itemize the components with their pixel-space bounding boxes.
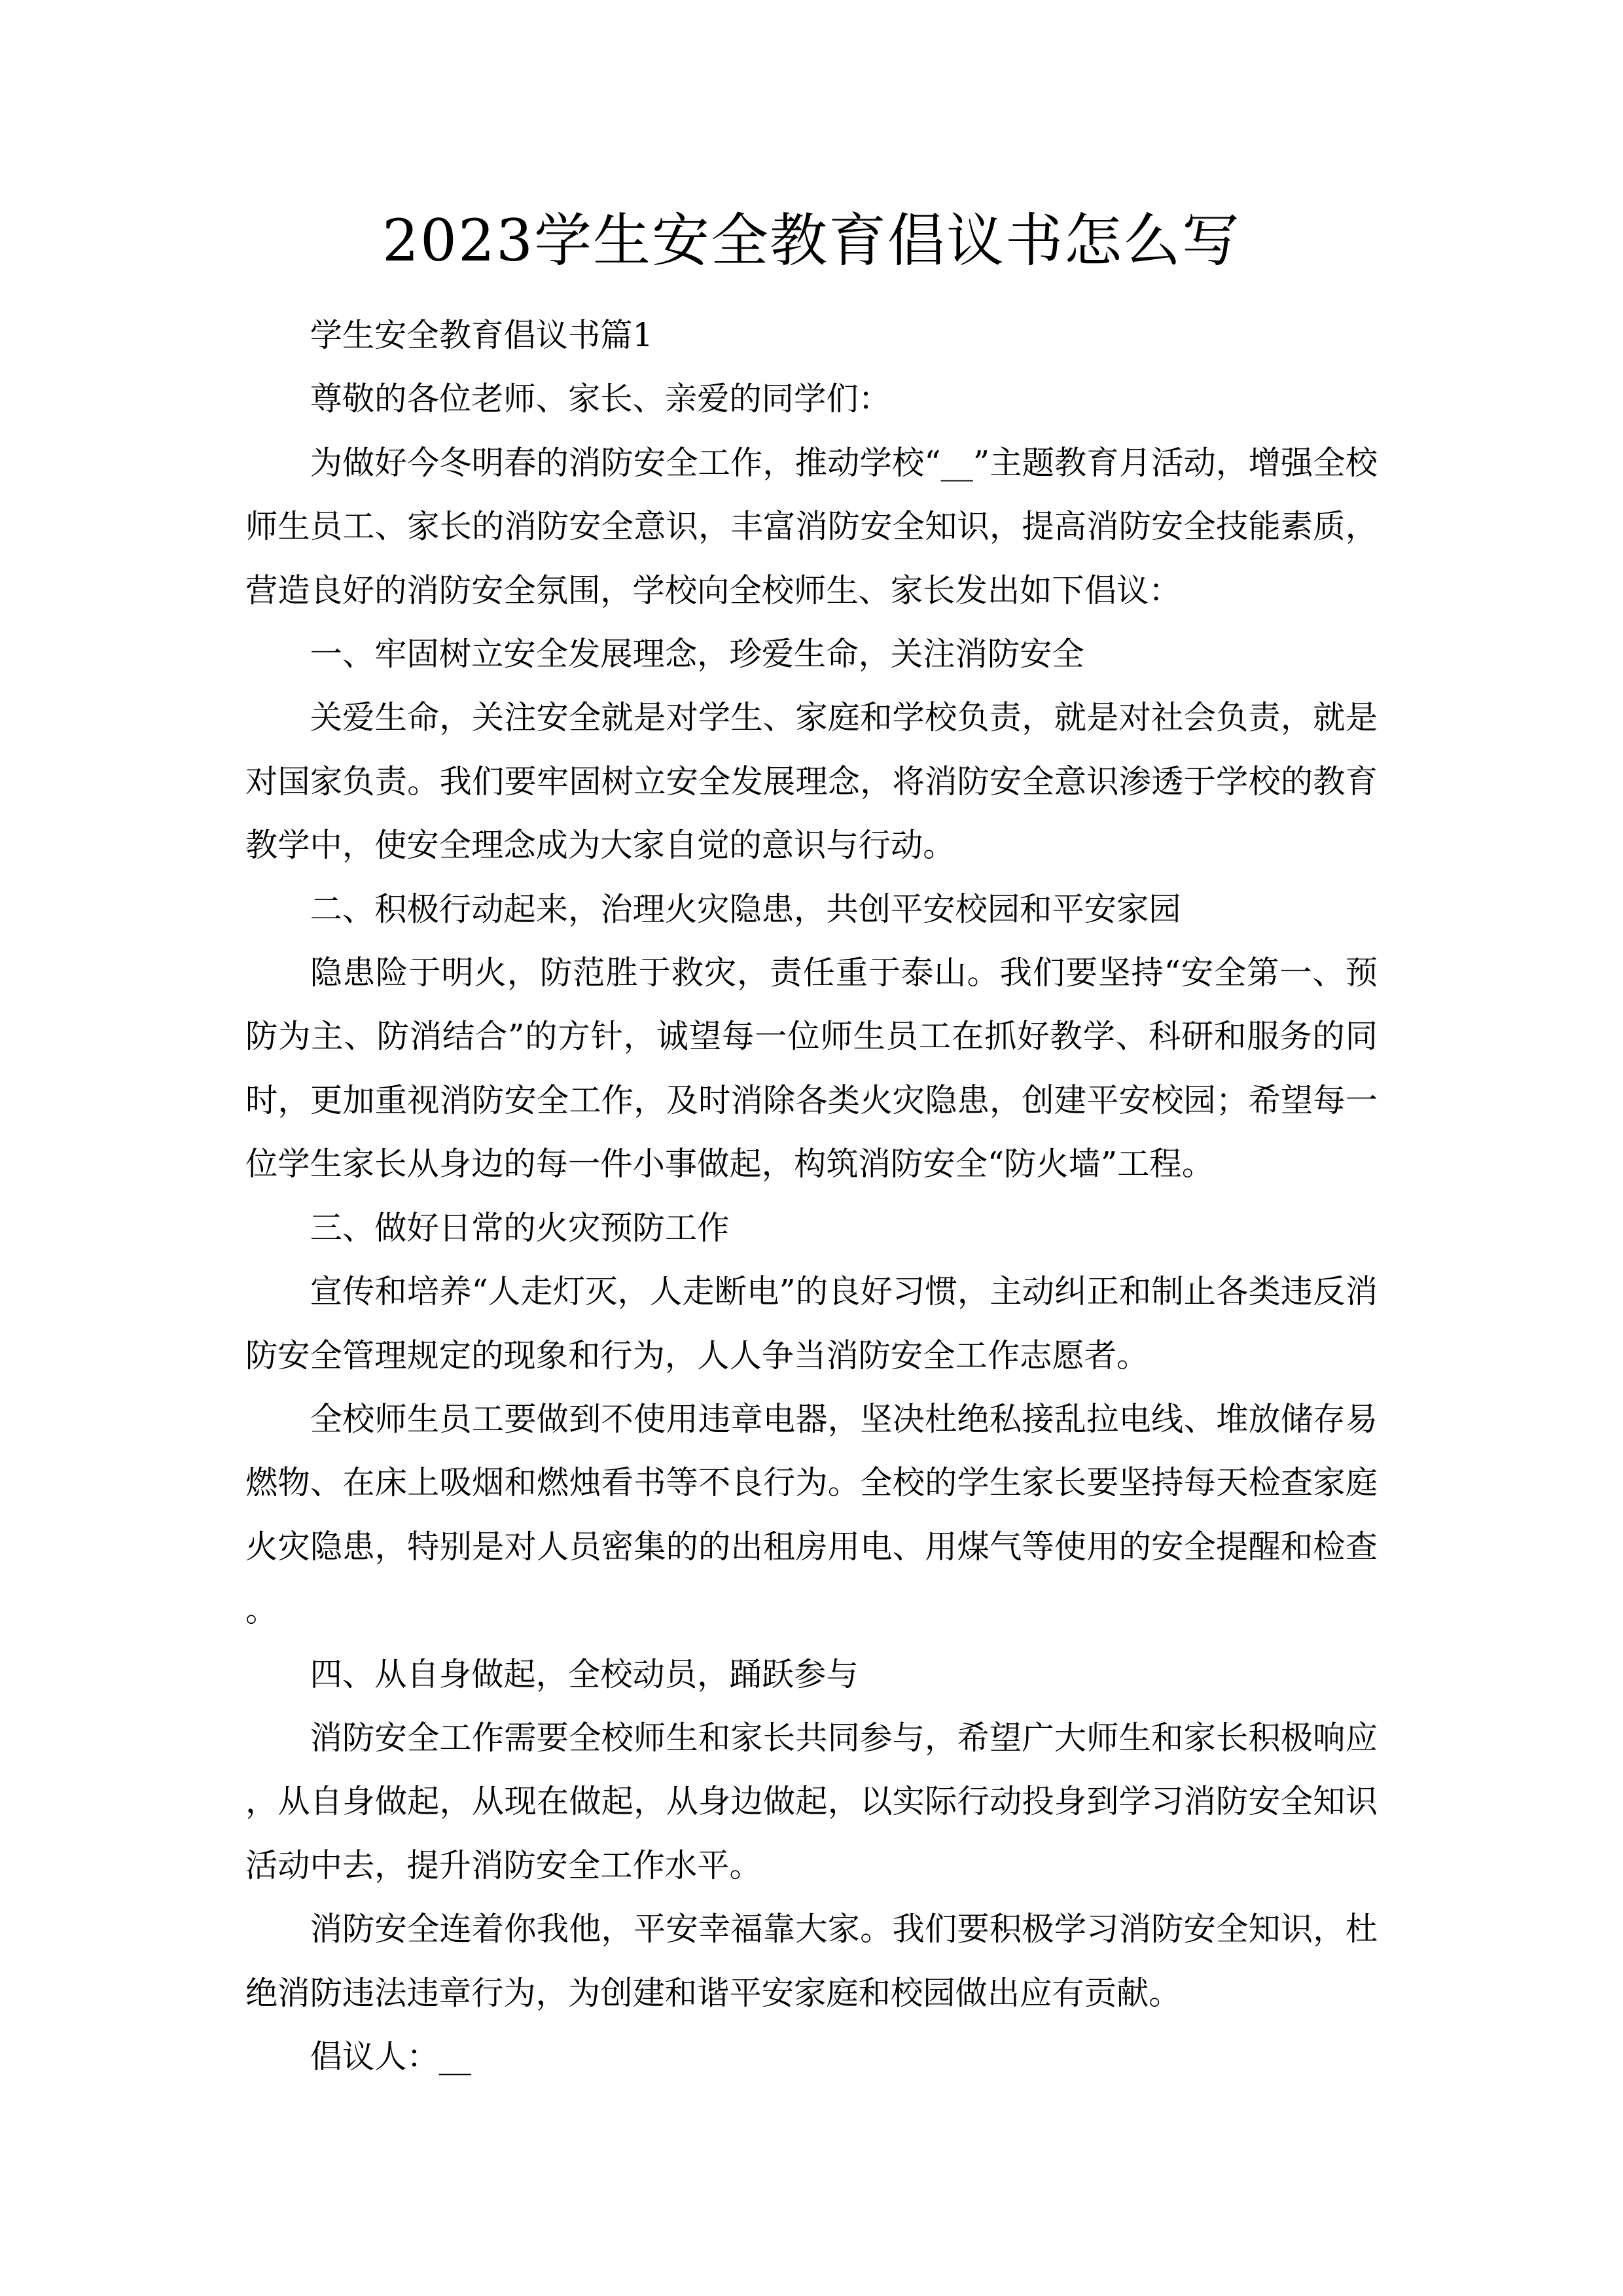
document-body: 学生安全教育倡议书篇1 尊敬的各位老师、家长、亲爱的同学们： 为做好今冬明春的消… — [245, 304, 1378, 2089]
point-3-body-1: 宣传和培养“人走灯灭，人走断电”的良好习惯，主动纠正和制止各类违反消防安全管理规… — [245, 1260, 1378, 1388]
point-1-heading: 一、牢固树立安全发展理念，珍爱生命，关注消防安全 — [245, 622, 1378, 686]
point-2-body: 隐患险于明火，防范胜于救灾，责任重于泰山。我们要坚持“安全第一、预防为主、防消结… — [245, 941, 1378, 1196]
document-title: 2023学生安全教育倡议书怎么写 — [0, 202, 1623, 280]
point-2-heading: 二、积极行动起来，治理火灾隐患，共创平安校园和平安家园 — [245, 878, 1378, 941]
intro-paragraph: 为做好今冬明春的消防安全工作，推动学校“__”主题教育月活动，增强全校师生员工、… — [245, 431, 1378, 622]
document-page: 2023学生安全教育倡议书怎么写 学生安全教育倡议书篇1 尊敬的各位老师、家长、… — [0, 0, 1623, 2296]
closing-paragraph: 消防安全连着你我他，平安幸福靠大家。我们要积极学习消防安全知识，杜绝消防违法违章… — [245, 1897, 1378, 2025]
point-3-body-2: 全校师生员工要做到不使用违章电器，坚决杜绝私接乱拉电线、堆放储存易燃物、在床上吸… — [245, 1388, 1378, 1643]
salutation: 尊敬的各位老师、家长、亲爱的同学们： — [245, 367, 1378, 431]
point-3-heading: 三、做好日常的火灾预防工作 — [245, 1196, 1378, 1260]
point-4-body: 消防安全工作需要全校师生和家长共同参与，希望广大师生和家长积极响应，从自身做起，… — [245, 1706, 1378, 1897]
point-1-body: 关爱生命，关注安全就是对学生、家庭和学校负责，就是对社会负责，就是对国家负责。我… — [245, 686, 1378, 877]
section-heading-part-1: 学生安全教育倡议书篇1 — [245, 304, 1378, 367]
signature-line: 倡议人：__ — [245, 2025, 1378, 2089]
point-4-heading: 四、从自身做起，全校动员，踊跃参与 — [245, 1643, 1378, 1706]
